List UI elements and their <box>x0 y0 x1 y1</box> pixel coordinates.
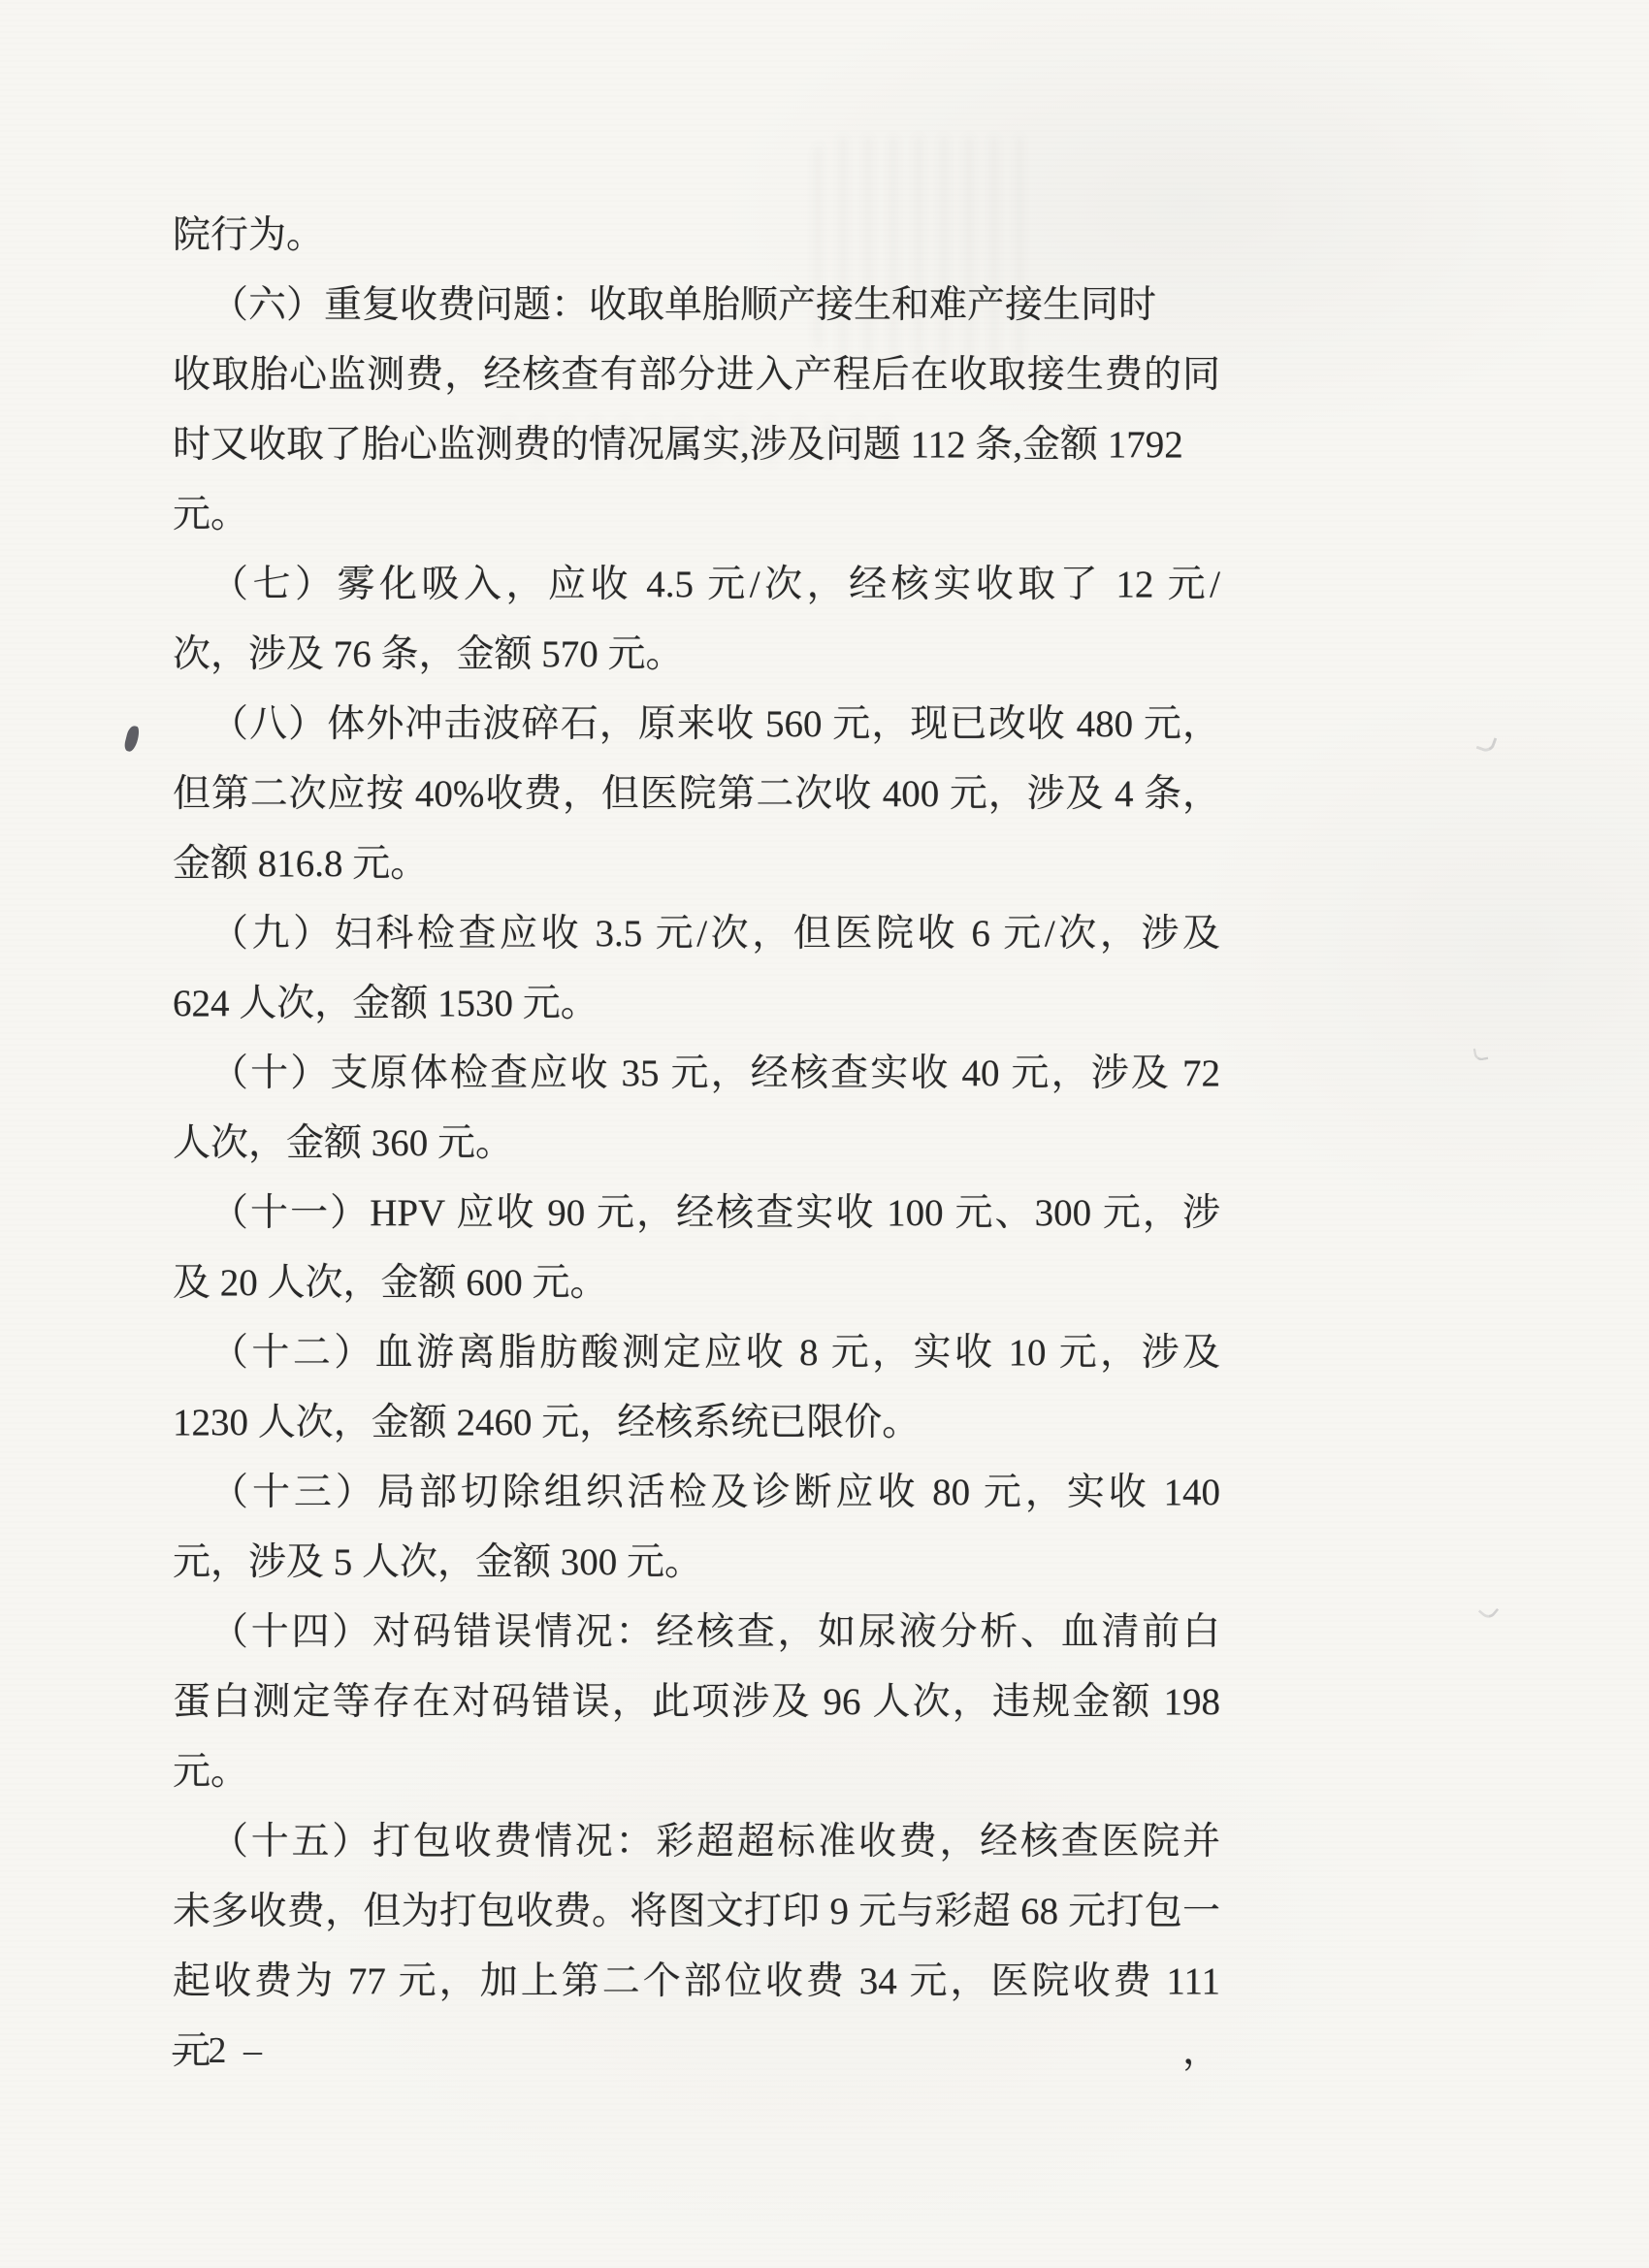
text-line: 及 20 人次，金额 600 元。 <box>173 1248 1220 1318</box>
text-line: 624 人次，金额 1530 元。 <box>173 969 1220 1039</box>
text-line: （六）重复收费问题：收取单胎顺产接生和难产接生同时 <box>173 271 1220 340</box>
text-line: （十五）打包收费情况：彩超超标准收费，经核查医院并 <box>173 1807 1220 1877</box>
scan-artifact <box>1473 1047 1489 1062</box>
text-line: 金额 816.8 元。 <box>173 829 1220 899</box>
text-line: （十一）HPV 应收 90 元，经核查实收 100 元、300 元，涉 <box>173 1179 1220 1248</box>
text-line: 人次，金额 360 元。 <box>173 1109 1220 1179</box>
text-line: （九）妇科检查应收 3.5 元/次，但医院收 6 元/次，涉及 <box>173 899 1220 969</box>
text-line: 收取胎心监测费，经核查有部分进入产程后在收取接生费的同 <box>173 340 1220 410</box>
text-line: （十四）对码错误情况：经核查，如尿液分析、血清前白 <box>173 1598 1220 1668</box>
text-line: 元。 <box>173 480 1220 550</box>
text-line: 起收费为 77 元，加上第二个部位收费 34 元，医院收费 111 元， <box>173 1947 1220 2017</box>
text-line: 元。 <box>173 1737 1220 1807</box>
text-line: 但第二次应按 40%收费，但医院第二次收 400 元，涉及 4 条， <box>173 760 1220 829</box>
text-line: （十）支原体检查应收 35 元，经核查实收 40 元，涉及 72 <box>173 1039 1220 1109</box>
text-line: 时又收取了胎心监测费的情况属实,涉及问题 112 条,金额 1792 <box>173 410 1220 480</box>
text-line: （八）体外冲击波碎石，原来收 560 元，现已改收 480 元， <box>173 690 1220 760</box>
text-line: 次，涉及 76 条，金额 570 元。 <box>173 620 1220 690</box>
scanned-document-page: 院行为。（六）重复收费问题：收取单胎顺产接生和难产接生同时收取胎心监测费，经核查… <box>0 0 1649 2268</box>
ink-speck <box>123 725 141 753</box>
text-line: （十二）血游离脂肪酸测定应收 8 元，实收 10 元，涉及 <box>173 1318 1220 1388</box>
text-line: 元，涉及 5 人次，金额 300 元。 <box>173 1528 1220 1598</box>
text-line: 院行为。 <box>173 201 1220 271</box>
text-line: 1230 人次，金额 2460 元，经核系统已限价。 <box>173 1388 1220 1458</box>
document-body: 院行为。（六）重复收费问题：收取单胎顺产接生和难产接生同时收取胎心监测费，经核查… <box>173 201 1220 2017</box>
text-line: （十三）局部切除组织活检及诊断应收 80 元，实收 140 <box>173 1458 1220 1528</box>
scan-artifact <box>1476 733 1498 755</box>
text-line: （七）雾化吸入，应收 4.5 元/次，经核实收取了 12 元/ <box>173 550 1220 620</box>
scan-artifact <box>1478 1601 1500 1622</box>
text-line: 未多收费，但为打包收费。将图文打印 9 元与彩超 68 元打包一 <box>173 1877 1220 1947</box>
page-number: – 2 – <box>173 2025 266 2076</box>
text-line: 蛋白测定等存在对码错误，此项涉及 96 人次，违规金额 198 <box>173 1668 1220 1737</box>
